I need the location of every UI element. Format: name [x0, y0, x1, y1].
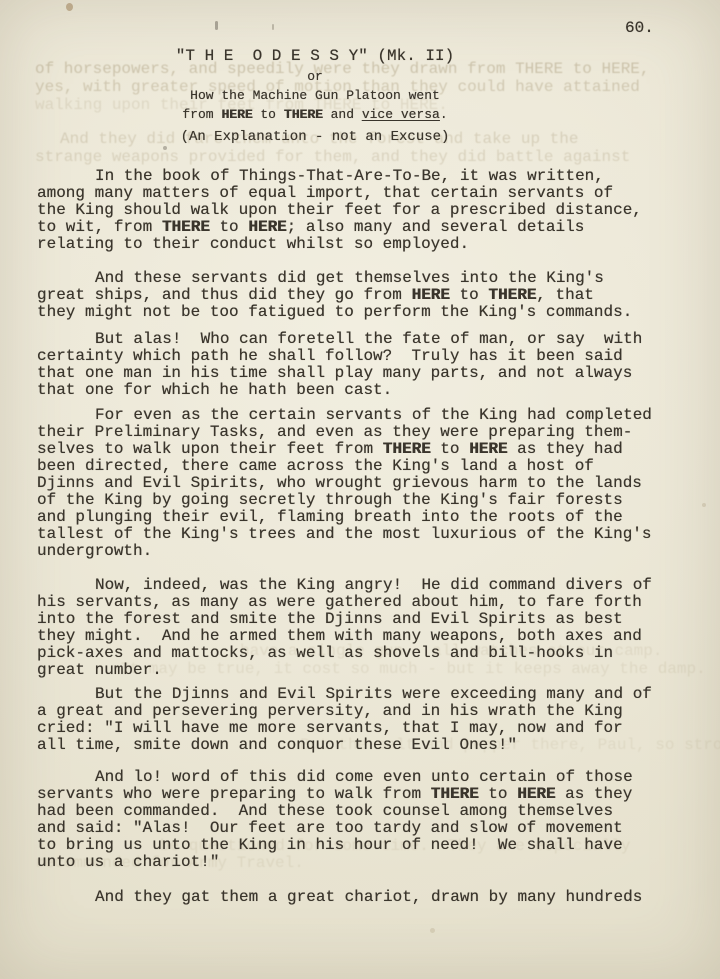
body-line: their Preliminary Tasks, and even as the… — [37, 424, 697, 441]
body-line: into the forest and smite the Djinns and… — [37, 611, 697, 628]
paragraph: And they gat them a great chariot, drawn… — [37, 889, 697, 906]
body-line: Djinns and Evil Spirits, who wrought gri… — [37, 475, 697, 492]
double-struck-word: HERE — [221, 107, 252, 122]
body-line: to wit, from THERE to HERE; also many an… — [37, 219, 697, 236]
body-line: selves to walk upon their feet from THER… — [37, 441, 697, 458]
body-line: Now, indeed, was the King angry! He did … — [37, 577, 697, 594]
paragraph: But alas! Who can foretell the fate of m… — [37, 331, 697, 399]
paragraph: In the book of Things-That-Are-To-Be, it… — [37, 168, 697, 253]
body-line: certainty which path he shall follow? Tr… — [37, 348, 697, 365]
double-struck-word: THERE — [383, 440, 431, 458]
body-line: that one for which he hath been cast. — [37, 382, 697, 399]
body-line: and said: "Alas! Our feet are too tardy … — [37, 820, 697, 837]
double-struck-word: HERE — [411, 286, 449, 304]
body-line: that one man in his time shall play many… — [37, 365, 697, 382]
body-line: they might not be too fatigued to perfor… — [37, 304, 697, 321]
double-struck-word: THERE — [284, 107, 323, 122]
body-line: relating to their conduct whilst so empl… — [37, 236, 697, 253]
body-line: For even as the certain servants of the … — [37, 407, 697, 424]
document-page: of horsepowers, and speedily were they d… — [0, 0, 720, 979]
stray-type-mark — [215, 21, 218, 30]
double-struck-word: THERE — [431, 785, 479, 803]
paper-stain — [66, 3, 73, 11]
body-line: and plunging their evil, flaming breath … — [37, 509, 697, 526]
header-line: or — [35, 67, 595, 86]
body-line: a great and persevering perversity, and … — [37, 703, 697, 720]
paragraph: And these servants did get themselves in… — [37, 270, 697, 321]
paper-speck — [702, 503, 706, 507]
body-line: of the King by going secretly through th… — [37, 492, 697, 509]
body-line: unto us a chariot!" — [37, 854, 697, 871]
body-line: servants who were preparing to walk from… — [37, 786, 697, 803]
double-struck-word: HERE — [517, 785, 555, 803]
underlined-phrase: vice versa — [362, 107, 440, 122]
body-line: pick-axes and mattocks, as well as shove… — [37, 645, 697, 662]
body-line: cried: "I will have me more servants, th… — [37, 720, 697, 737]
body-line: the King should walk upon their feet for… — [37, 202, 697, 219]
header-line: How the Machine Gun Platoon went — [35, 86, 595, 105]
double-struck-word: HERE — [469, 440, 507, 458]
body-line: undergrowth. — [37, 543, 697, 560]
double-struck-word: HERE — [248, 218, 286, 236]
body-line: tallest of the King's trees and the most… — [37, 526, 697, 543]
document-header: "T H E O D E S S Y" (Mk. II)orHow the Ma… — [35, 46, 595, 149]
paragraph: For even as the certain servants of the … — [37, 407, 697, 560]
body-line: they might. And he armed them with many … — [37, 628, 697, 645]
body-line: had been commanded. And these took couns… — [37, 803, 697, 820]
body-line: But the Djinns and Evil Spirits were exc… — [37, 686, 697, 703]
body-line: And they gat them a great chariot, drawn… — [37, 889, 697, 906]
paragraph: And lo! word of this did come even unto … — [37, 769, 697, 871]
body-line: And lo! word of this did come even unto … — [37, 769, 697, 786]
body-line: all time, smite down and conquor these E… — [37, 737, 697, 754]
body-line: great number. — [37, 662, 697, 679]
header-line: "T H E O D E S S Y" (Mk. II) — [35, 46, 595, 67]
header-line: (An Explanation - not an Excuse) — [35, 125, 595, 149]
stray-type-mark — [272, 24, 274, 30]
body-line: his servants, as many as were gathered a… — [37, 594, 697, 611]
bleedthrough-line: strange weapons provided for them, and t… — [35, 149, 630, 166]
header-line: from HERE to THERE and vice versa. — [35, 105, 595, 125]
double-struck-word: THERE — [488, 286, 536, 304]
document-body: In the book of Things-That-Are-To-Be, it… — [37, 168, 697, 906]
body-line: great ships, and thus did they go from H… — [37, 287, 697, 304]
body-line: And these servants did get themselves in… — [37, 270, 697, 287]
paragraph: Now, indeed, was the King angry! He did … — [37, 577, 697, 679]
body-line: among many matters of equal import, that… — [37, 185, 697, 202]
body-line: been directed, there came across the Kin… — [37, 458, 697, 475]
double-struck-word: THERE — [162, 218, 210, 236]
body-line: to bring us unto the King in his hour of… — [37, 837, 697, 854]
paper-speck — [430, 928, 435, 933]
paragraph: But the Djinns and Evil Spirits were exc… — [37, 686, 697, 754]
body-line: In the book of Things-That-Are-To-Be, it… — [37, 168, 697, 185]
paper-speck — [163, 146, 167, 150]
body-line: But alas! Who can foretell the fate of m… — [37, 331, 697, 348]
